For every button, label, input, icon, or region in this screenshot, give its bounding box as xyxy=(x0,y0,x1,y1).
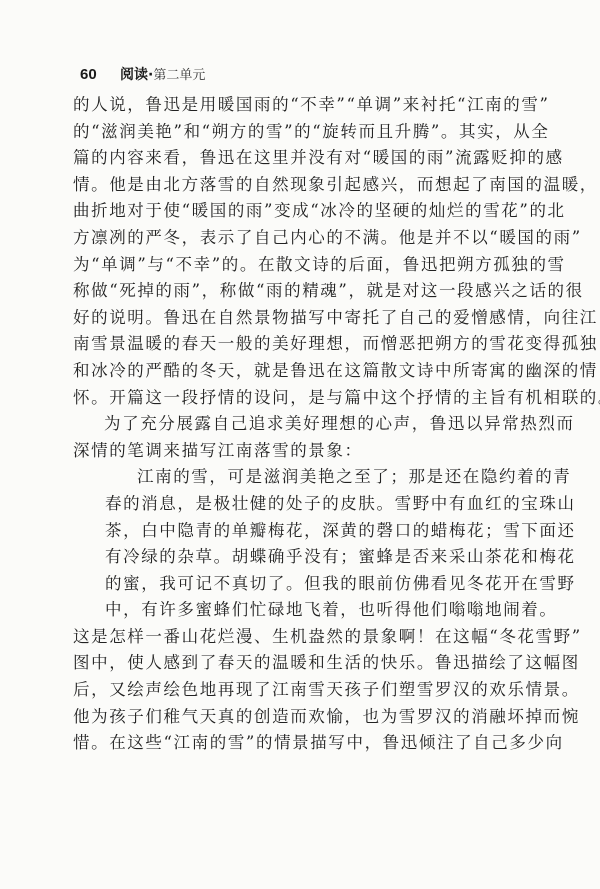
unit-title: 第二单元 xyxy=(153,68,205,83)
section-title: 阅读 xyxy=(120,67,148,83)
text-line: 好的说明。鲁迅在自然景物描写中寄托了自己的爱憎感情，向往江 xyxy=(73,305,548,332)
text-line: 方凛冽的严冬，表示了自己内心的不满。他是并不以“暖国的雨” xyxy=(73,225,548,252)
text-line: 他为孩子们稚气天真的创造而欢愉，也为雪罗汉的消融坏掉而惋 xyxy=(73,704,548,731)
text-line: 图中，使人感到了春天的温暖和生活的快乐。鲁迅描绘了这幅图 xyxy=(73,650,548,677)
running-title: 阅读·第二单元 xyxy=(120,64,205,84)
page-number: 60 xyxy=(80,66,120,83)
text-line: 惜。在这些“江南的雪”的情景描写中，鲁迅倾注了自己多少向 xyxy=(73,730,548,757)
text-line: 南雪景温暖的春天一般的美好理想，而憎恶把朔方的雪花变得孤独 xyxy=(73,331,548,358)
paragraph-continuation-1: 的人说，鲁迅是用暖国雨的“不幸”“单调”来衬托“江南的雪” 的“滋润美艳”和“朔… xyxy=(73,92,548,411)
text-line: 为“单调”与“不幸”的。在散文诗的后面，鲁迅把朔方孤独的雪 xyxy=(73,252,548,279)
quote-line: 中，有许多蜜蜂们忙碌地飞着，也听得他们嗡嗡地闹着。 xyxy=(73,597,548,624)
quote-line: 春的消息，是极壮健的处子的皮肤。雪野中有血红的宝珠山 xyxy=(73,491,548,518)
text-line: 篇的内容来看，鲁迅在这里并没有对“暖国的雨”流露贬抑的感 xyxy=(73,145,548,172)
text-line: 称做“死掉的雨”，称做“雨的精魂”，就是对这一段感兴之话的很 xyxy=(73,278,548,305)
paragraph-continuation-2: 这是怎样一番山花烂漫、生机盎然的景象啊！在这幅“冬花雪野” 图中，使人感到了春天… xyxy=(73,624,548,757)
text-line: 为了充分展露自己追求美好理想的心声，鲁迅以异常热烈而 xyxy=(73,411,548,438)
text-line: 曲折地对于使“暖国的雨”变成“冰冷的坚硬的灿烂的雪花”的北 xyxy=(73,198,548,225)
text-line: 的“滋润美艳”和“朔方的雪”的“旋转而且升腾”。其实，从全 xyxy=(73,119,548,146)
text-line: 这是怎样一番山花烂漫、生机盎然的景象啊！在这幅“冬花雪野” xyxy=(73,624,548,651)
text-line: 和冰冷的严酷的冬天，就是鲁迅在这篇散文诗中所寄寓的幽深的情 xyxy=(73,358,548,385)
text-line: 怀。开篇这一段抒情的设问，是与篇中这个抒情的主旨有机相联的。 xyxy=(73,385,548,412)
paragraph-intro-quote: 为了充分展露自己追求美好理想的心声，鲁迅以异常热烈而 深情的笔调来描写江南落雪的… xyxy=(73,411,548,464)
quote-line: 江南的雪，可是滋润美艳之至了；那是还在隐约着的青 xyxy=(73,464,548,491)
text-line: 情。他是由北方落雪的自然现象引起感兴，而想起了南国的温暖， xyxy=(73,172,548,199)
body-text: 的人说，鲁迅是用暖国雨的“不幸”“单调”来衬托“江南的雪” 的“滋润美艳”和“朔… xyxy=(73,92,548,757)
text-line: 深情的笔调来描写江南落雪的景象： xyxy=(73,438,548,465)
quote-line: 的蜜，我可记不真切了。但我的眼前仿佛看见冬花开在雪野 xyxy=(73,571,548,598)
text-line: 后，又绘声绘色地再现了江南雪天孩子们塑雪罗汉的欢乐情景。 xyxy=(73,677,548,704)
text-line: 的人说，鲁迅是用暖国雨的“不幸”“单调”来衬托“江南的雪” xyxy=(73,92,548,119)
block-quote: 江南的雪，可是滋润美艳之至了；那是还在隐约着的青 春的消息，是极壮健的处子的皮肤… xyxy=(73,464,548,624)
quote-line: 有冷绿的杂草。胡蝶确乎没有；蜜蜂是否来采山茶花和梅花 xyxy=(73,544,548,571)
page-header: 60 阅读·第二单元 xyxy=(80,64,205,84)
quote-line: 茶，白中隐青的单瓣梅花，深黄的磬口的蜡梅花；雪下面还 xyxy=(73,518,548,545)
